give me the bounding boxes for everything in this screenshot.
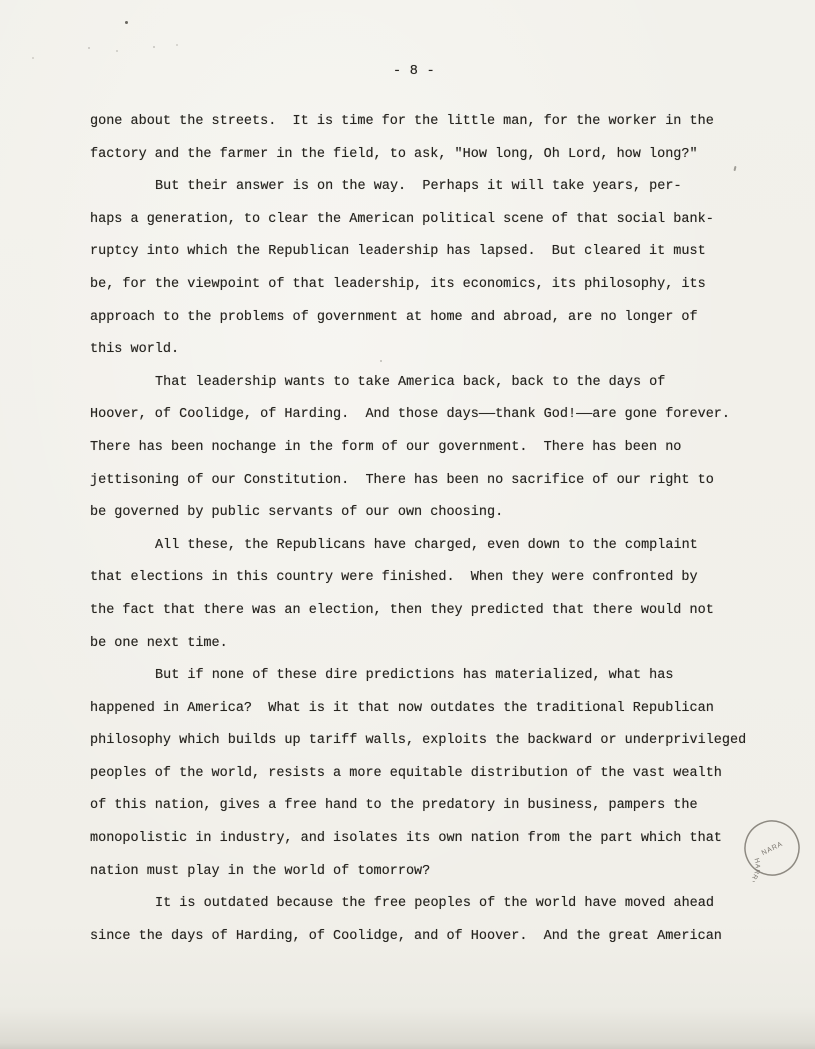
text-line: of this nation, gives a free hand to the… [90, 790, 770, 823]
typed-text: gone about the streets. It is time for t… [90, 106, 770, 953]
text-line: the fact that there was an election, the… [90, 595, 770, 628]
text-line: It is outdated because the free peoples … [90, 888, 770, 921]
text-line: be governed by public servants of our ow… [90, 497, 770, 530]
text-line: that elections in this country were fini… [90, 562, 770, 595]
text-line: be, for the viewpoint of that leadership… [90, 269, 770, 302]
text-line: But if none of these dire predictions ha… [90, 660, 770, 693]
paper-speck [88, 47, 90, 49]
paper-speck [32, 57, 34, 59]
text-line: be one next time. [90, 628, 770, 661]
text-line: All these, the Republicans have charged,… [90, 530, 770, 563]
text-line: ruptcy into which the Republican leaders… [90, 236, 770, 269]
text-line: peoples of the world, resists a more equ… [90, 758, 770, 791]
text-line: approach to the problems of government a… [90, 302, 770, 335]
text-line: jettisoning of our Constitution. There h… [90, 465, 770, 498]
text-line: There has been nochange in the form of o… [90, 432, 770, 465]
text-line: this world. [90, 334, 770, 367]
stamp-center-label: NARA [761, 841, 784, 857]
paper-speck [125, 21, 128, 24]
text-line: That leadership wants to take America ba… [90, 367, 770, 400]
text-line: monopolistic in industry, and isolates i… [90, 823, 770, 856]
document-page: - 8 - gone about the streets. It is time… [0, 0, 815, 1049]
text-line: gone about the streets. It is time for t… [90, 106, 770, 139]
text-line: haps a generation, to clear the American… [90, 204, 770, 237]
paper-speck [153, 46, 155, 48]
text-line: Hoover, of Coolidge, of Harding. And tho… [90, 399, 770, 432]
text-line: philosophy which builds up tariff walls,… [90, 725, 770, 758]
paper-speck [116, 50, 118, 52]
paper-speck [176, 44, 178, 46]
text-line: happened in America? What is it that now… [90, 693, 770, 726]
text-line: nation must play in the world of tomorro… [90, 856, 770, 889]
page-number: - 8 - [90, 64, 738, 79]
text-line: factory and the farmer in the field, to … [90, 139, 770, 172]
text-line: since the days of Harding, of Coolidge, … [90, 921, 770, 954]
text-line: But their answer is on the way. Perhaps … [90, 171, 770, 204]
paper-speck [380, 360, 382, 362]
